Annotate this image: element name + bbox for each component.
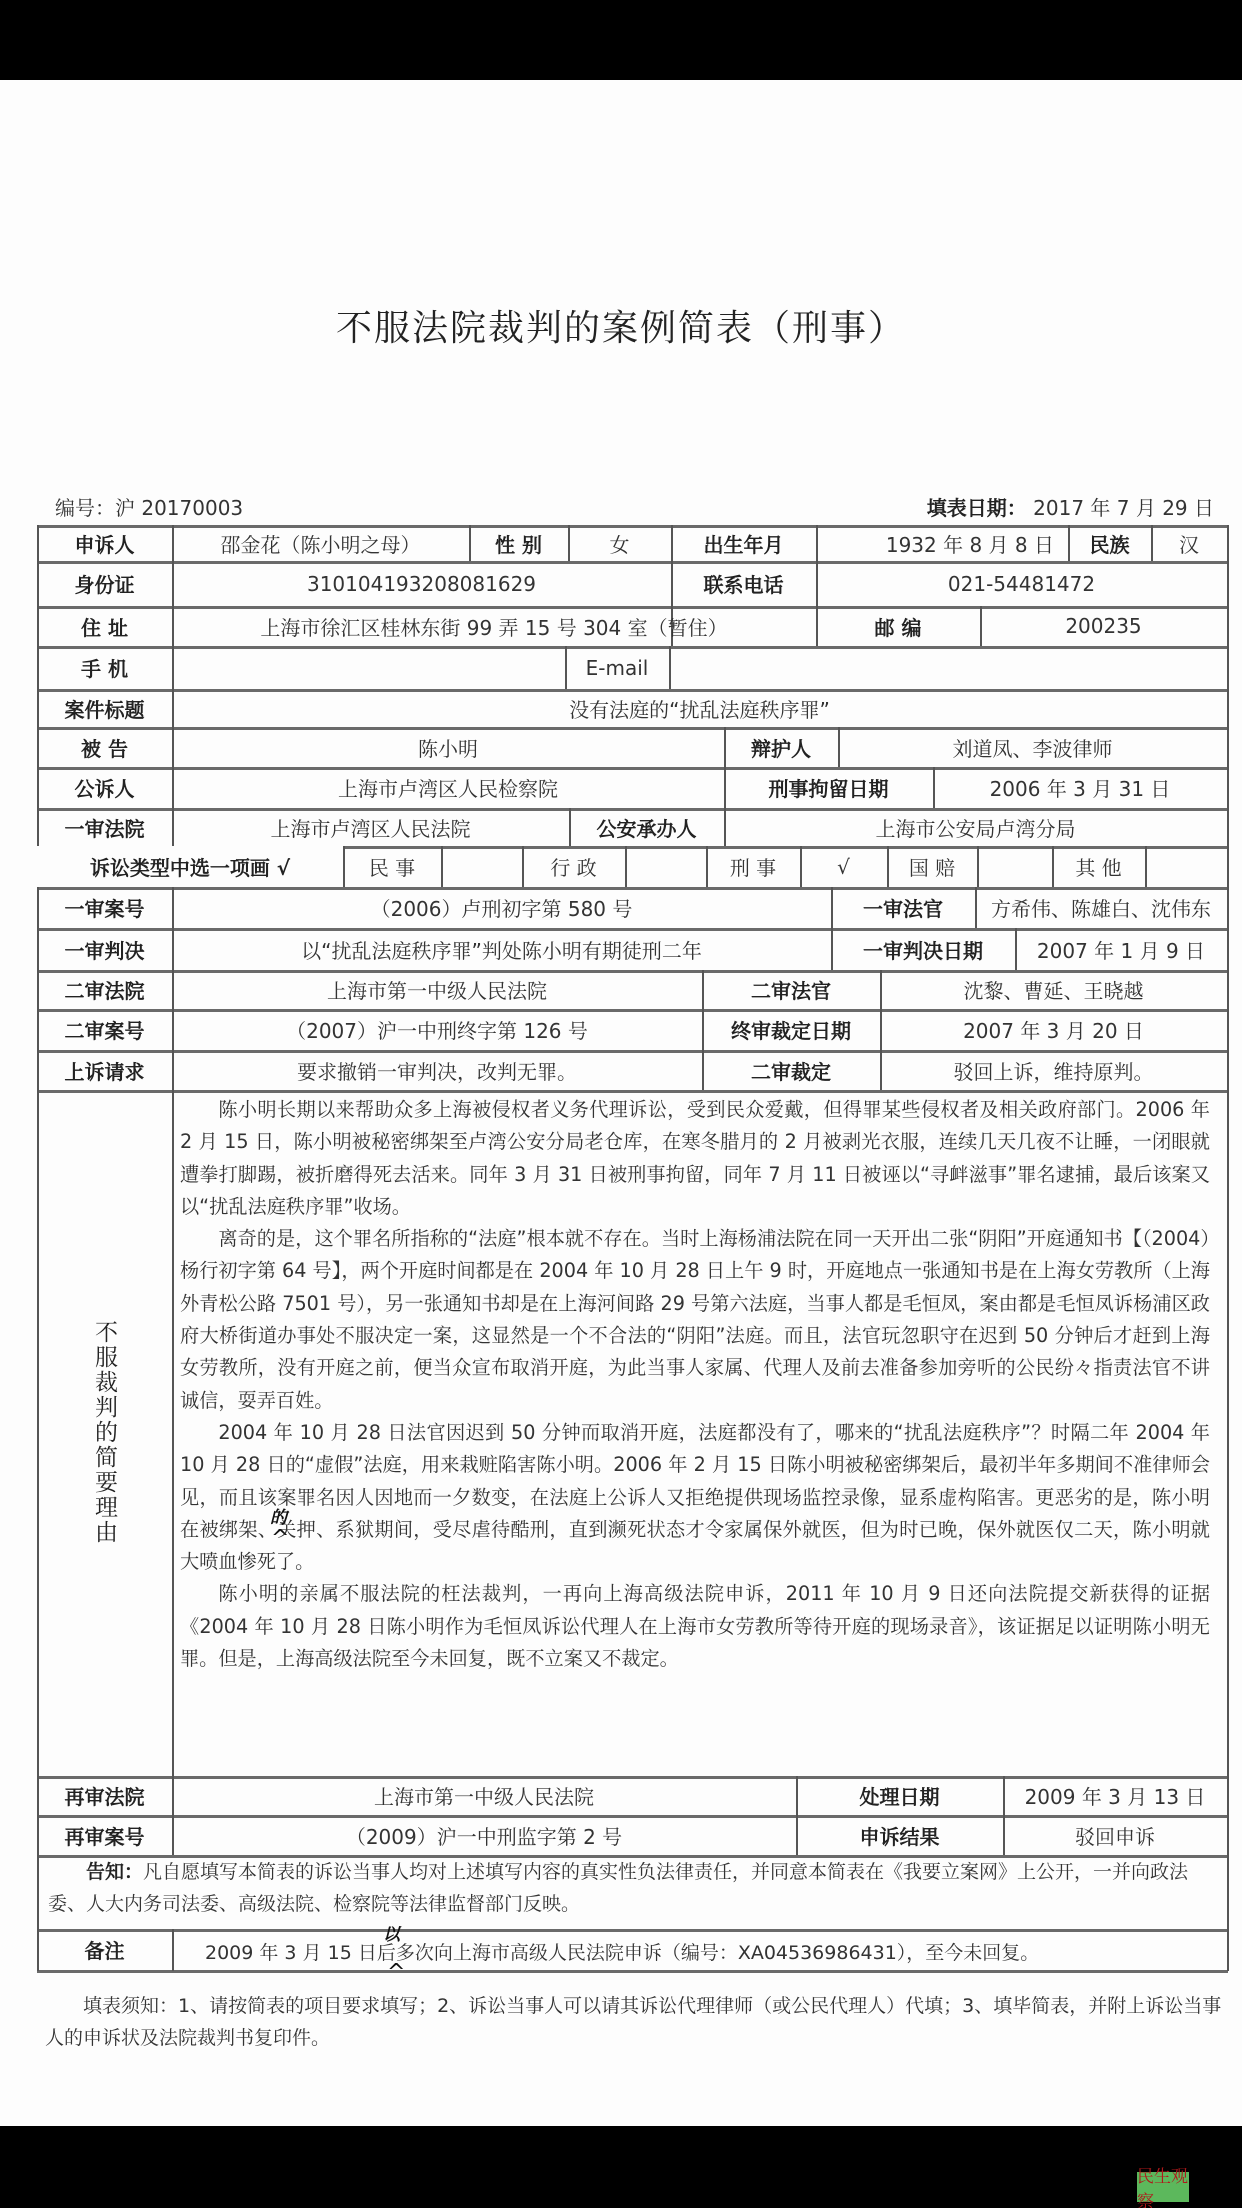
final-ruling-date-label: 终审裁定日期 [702,1009,880,1050]
email-value [669,646,1227,689]
email-label: E-mail [565,646,669,689]
reasons-paragraph: 离奇的是，这个罪名所指称的“法庭”根本就不存在。当时上海杨浦法院在同一天开出二张… [180,1223,1210,1417]
case-type-admin-label: 行 政 [522,846,625,887]
first-verdict-value: 以“扰乱法庭秩序罪”判处陈小明有期徒刑二年 [172,928,831,970]
first-case-no-value: （2006）卢刑初字第 580 号 [172,887,831,928]
applicant-name: 邵金花（陈小明之母） [172,525,469,561]
case-type-criminal-checkbox[interactable]: √ [800,846,887,887]
applicant-label: 申诉人 [37,525,172,561]
first-verdict-date-value: 2007 年 1 月 9 日 [1015,928,1227,970]
second-court-value: 上海市第一中级人民法院 [172,970,702,1009]
second-case-no-value: （2007）沪一中刑终字第 126 号 [172,1009,702,1050]
reasons-paragraph: 陈小明长期以来帮助众多上海被侵权者义务代理诉讼，受到民众爱戴，但得罪某些侵权者及… [180,1094,1210,1223]
reasons-label-text: 不服裁判的简要理由 [88,1320,121,1545]
postcode-label: 邮 编 [816,606,980,646]
ethnicity-value: 汉 [1151,525,1227,561]
police-handler-label: 公安承办人 [569,808,724,846]
case-type-admin-checkbox[interactable] [625,846,706,887]
handling-date-value: 2009 年 3 月 13 日 [1003,1776,1227,1815]
mobile-value [172,646,565,689]
case-type-compensation-label: 国 赔 [887,846,977,887]
remarks-value: 2009 年 3 月 15 日后多次向上海市高级人民法院申诉（编号：XA0453… [205,1938,1039,1965]
notice-text: 凡自愿填写本简表的诉讼当事人均对上述填写内容的真实性负法律责任，并同意本简表在《… [48,1861,1188,1915]
retrial-court-value: 上海市第一中级人民法院 [172,1776,796,1815]
second-judges-label: 二审法官 [702,970,880,1009]
document-title: 不服法院裁判的案例简表（刑事） [0,300,1242,351]
retrial-case-no-value: （2009）沪一中刑监字第 2 号 [172,1815,796,1855]
first-judges-label: 一审法官 [831,887,975,928]
gender-value: 女 [568,525,671,561]
reasons-text: 陈小明长期以来帮助众多上海被侵权者义务代理诉讼，受到民众爱戴，但得罪某些侵权者及… [180,1094,1210,1675]
row-divider [37,1929,1228,1932]
reasons-paragraph: 2004 年 10 月 28 日法官因迟到 50 分钟而取消开庭，法庭都没有了，… [180,1417,1210,1578]
fill-date-value: 2017 年 7 月 29 日 [1033,496,1214,520]
phone-label: 联系电话 [671,561,816,606]
postcode-value: 200235 [980,606,1227,646]
mobile-label: 手 机 [37,646,172,689]
appeal-result-label: 申诉结果 [796,1815,1003,1855]
birth-value: 1932 年 8 月 8 日 [816,525,1068,561]
case-type-criminal-label: 刑 事 [706,846,800,887]
first-verdict-date-label: 一审判决日期 [831,928,1015,970]
appeal-value: 要求撤销一审判决，改判无罪。 [172,1050,702,1090]
reasons-paragraph: 陈小明的亲属不服法院的枉法裁判，一再向上海高级法院申诉，2011 年 10 月 … [180,1578,1210,1675]
birth-label: 出生年月 [671,525,816,561]
ethnicity-label: 民族 [1068,525,1151,561]
row-divider [37,1090,1228,1093]
second-judges-value: 沈黎、曹延、王晓越 [880,970,1227,1009]
table-border-right [1227,525,1229,1855]
appeal-label: 上诉请求 [37,1050,172,1090]
filling-instructions: 填表须知：1、请按简表的项目要求填写；2、诉讼当事人可以请其诉讼代理律师（或公民… [45,1990,1225,2054]
second-court-label: 二审法院 [37,970,172,1009]
retrial-case-no-label: 再审案号 [37,1815,172,1855]
retrial-court-label: 再审法院 [37,1776,172,1815]
first-court-label: 一审法院 [37,808,172,846]
remarks-label: 备注 [37,1929,172,1970]
table-border-left [37,1855,39,1929]
prosecutor-value: 上海市卢湾区人民检察院 [172,767,724,808]
table-border-bottom [37,1970,1228,1973]
handling-date-label: 处理日期 [796,1776,1003,1815]
table-border-right [1227,1929,1229,1971]
case-type-label: 诉讼类型中选一项画 √ [37,846,343,887]
prosecutor-label: 公诉人 [37,767,172,808]
appeal-result-value: 驳回申诉 [1003,1815,1227,1855]
handwritten-insert: 以 [383,1920,400,1945]
address-value: 上海市徐汇区桂林东街 99 弄 15 号 304 室（暂住） [172,606,816,646]
first-case-no-label: 一审案号 [37,887,172,928]
watermark-logo: 民生观察 [1137,2172,1189,2202]
handwritten-insert: 的 [270,1503,287,1528]
detention-date-value: 2006 年 3 月 31 日 [933,767,1227,808]
case-type-compensation-checkbox[interactable] [977,846,1052,887]
table-border-right [1227,1855,1229,1929]
id-card-value: 310104193208081629 [172,561,671,606]
defendant-label: 被 告 [37,727,172,767]
final-ruling-date-value: 2007 年 3 月 20 日 [880,1009,1227,1050]
defender-value: 刘道凤、李波律师 [838,727,1227,767]
label-column-divider [172,1929,174,1971]
case-title-value: 没有法庭的“扰乱法庭秩序罪” [172,689,1227,727]
case-type-civil-label: 民 事 [343,846,441,887]
fill-date-label: 填表日期： [927,496,1027,520]
notice-label: 告知： [86,1861,143,1883]
second-ruling-label: 二审裁定 [702,1050,880,1090]
id-card-label: 身份证 [37,561,172,606]
insertion-caret-icon: ^ [387,1960,405,1985]
detention-date-label: 刑事拘留日期 [724,767,933,808]
police-handler-value: 上海市公安局卢湾分局 [724,808,1227,846]
first-verdict-label: 一审判决 [37,928,172,970]
case-type-other-checkbox[interactable] [1145,846,1227,887]
reasons-label: 不服裁判的简要理由 [37,1090,172,1775]
gender-label: 性 别 [469,525,568,561]
case-type-civil-checkbox[interactable] [441,846,522,887]
address-label: 住 址 [37,606,172,646]
serial-label: 编号： [55,496,115,520]
first-court-value: 上海市卢湾区人民法院 [172,808,569,846]
case-title-label: 案件标题 [37,689,172,727]
phone-value: 021-54481472 [816,561,1227,606]
serial-value: 沪 20170003 [115,496,243,520]
fill-date: 填表日期： 2017 年 7 月 29 日 [927,492,1214,521]
case-type-other-label: 其 他 [1052,846,1145,887]
insertion-caret-icon: ^ [271,1526,289,1551]
first-judges-value: 方希伟、陈雄白、沈伟东 [975,887,1227,928]
second-case-no-label: 二审案号 [37,1009,172,1050]
defendant-value: 陈小明 [172,727,724,767]
second-ruling-value: 驳回上诉，维持原判。 [880,1050,1227,1090]
serial-number: 编号：沪 20170003 [55,492,243,521]
notice: 告知：凡自愿填写本简表的诉讼当事人均对上述填写内容的真实性负法律责任，并同意本简… [48,1856,1218,1920]
defender-label: 辩护人 [724,727,838,767]
